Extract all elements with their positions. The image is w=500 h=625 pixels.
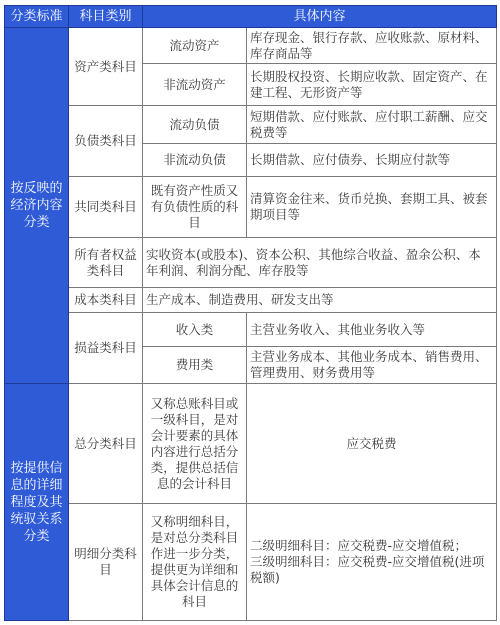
current-liabilities-content: 短期借款、应付账款、应付职工薪酬、应交税费等 xyxy=(247,106,497,144)
general-ledger-desc: 又称总账科目或一级科目，是对会计要素的具体内容进行总括分类，提供总括信息的会计科… xyxy=(143,384,247,504)
header-category: 科目类别 xyxy=(69,6,143,28)
table-row: 成本类科目 生产成本、制造费用、研发支出等 xyxy=(5,288,497,313)
table-row: 明细分类科目 又称明细科目，是对总分类科目作进一步分类，提供更为详细和具体会计信… xyxy=(5,504,497,621)
table-row: 负债类科目 流动负债 短期借款、应付账款、应付职工薪酬、应交税费等 xyxy=(5,106,497,144)
account-classification-table: 分类标准 科目类别 具体内容 按反映的经济内容分类 资产类科目 流动资产 库存现… xyxy=(4,5,497,621)
noncurrent-assets: 非流动资产 xyxy=(143,64,247,106)
current-liabilities: 流动负债 xyxy=(143,106,247,144)
noncurrent-liabilities: 非流动负债 xyxy=(143,144,247,177)
second-level-example: 二级明细科目：应交税费-应交增值税； xyxy=(250,538,493,554)
header-row: 分类标准 科目类别 具体内容 xyxy=(5,6,497,28)
section-detail-level: 按提供信息的详细程度及其统驭关系分类 xyxy=(5,384,69,621)
subsidiary-accounts: 明细分类科目 xyxy=(69,504,143,621)
table-row: 按反映的经济内容分类 资产类科目 流动资产 库存现金、银行存款、应收账款、原材料… xyxy=(5,28,497,64)
income-type: 收入类 xyxy=(143,313,247,347)
current-assets: 流动资产 xyxy=(143,28,247,64)
liability-accounts: 负债类科目 xyxy=(69,106,143,177)
pnl-accounts: 损益类科目 xyxy=(69,313,143,384)
table-row: 按提供信息的详细程度及其统驭关系分类 总分类科目 又称总账科目或一级科目，是对会… xyxy=(5,384,497,504)
common-accounts: 共同类科目 xyxy=(69,177,143,238)
noncurrent-assets-content: 长期股权投资、长期应收款、固定资产、在建工程、无形资产等 xyxy=(247,64,497,106)
cost-accounts-content: 生产成本、制造费用、研发支出等 xyxy=(143,288,497,313)
header-standard: 分类标准 xyxy=(5,6,69,28)
expense-type: 费用类 xyxy=(143,347,247,384)
expense-content: 主营业务成本、其他业务成本、销售费用、管理费用、财务费用等 xyxy=(247,347,497,384)
table-row: 所有者权益类科目 实收资本(或股本)、资本公积、其他综合收益、盈余公积、本年利润… xyxy=(5,238,497,288)
subsidiary-desc: 又称明细科目，是对总分类科目作进一步分类，提供更为详细和具体会计信息的科目 xyxy=(143,504,247,621)
income-content: 主营业务收入、其他业务收入等 xyxy=(247,313,497,347)
table-row: 损益类科目 收入类 主营业务收入、其他业务收入等 xyxy=(5,313,497,347)
general-ledger-example: 应交税费 xyxy=(247,384,497,504)
current-assets-content: 库存现金、银行存款、应收账款、原材料、库存商品等 xyxy=(247,28,497,64)
cost-accounts: 成本类科目 xyxy=(69,288,143,313)
noncurrent-liabilities-content: 长期借款、应付债券、长期应付款等 xyxy=(247,144,497,177)
equity-accounts: 所有者权益类科目 xyxy=(69,238,143,288)
table-row: 共同类科目 既有资产性质又有负债性质的科目 清算资金往来、货币兑换、套期工具、被… xyxy=(5,177,497,238)
general-ledger-accounts: 总分类科目 xyxy=(69,384,143,504)
section-economic-content: 按反映的经济内容分类 xyxy=(5,28,69,384)
asset-accounts: 资产类科目 xyxy=(69,28,143,106)
third-level-example: 三级明细科目：应交税费-应交增值税(进项税额) xyxy=(250,554,493,586)
equity-accounts-content: 实收资本(或股本)、资本公积、其他综合收益、盈余公积、本年利润、利润分配、库存股… xyxy=(143,238,497,288)
subsidiary-example: 二级明细科目：应交税费-应交增值税； 三级明细科目：应交税费-应交增值税(进项税… xyxy=(247,504,497,621)
common-accounts-desc: 既有资产性质又有负债性质的科目 xyxy=(143,177,247,238)
header-content: 具体内容 xyxy=(143,6,497,28)
common-accounts-content: 清算资金往来、货币兑换、套期工具、被套期项目等 xyxy=(247,177,497,238)
